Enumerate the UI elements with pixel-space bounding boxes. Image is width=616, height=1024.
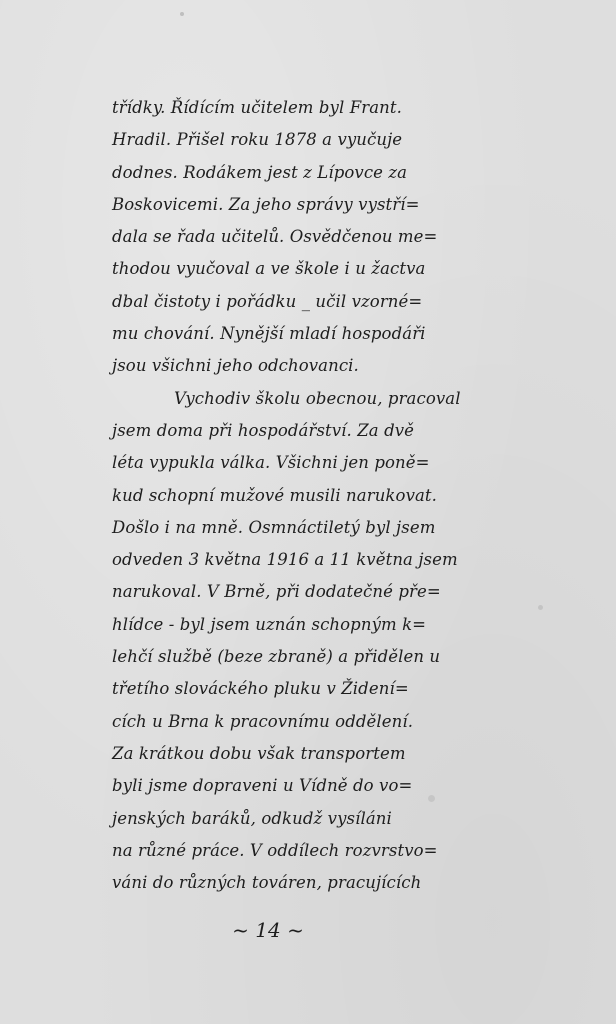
text-line: kud schopní mužové musili narukovat. <box>112 480 552 512</box>
text-line: narukoval. V Brně, při dodatečné pře= <box>112 576 552 608</box>
handwritten-text-block: třídky. Řídícím učitelem byl Frant. Hrad… <box>112 92 552 899</box>
text-line: jsem doma při hospodářství. Za dvě <box>112 415 552 447</box>
text-line: Hradil. Přišel roku 1878 a vyučuje <box>112 124 552 156</box>
text-line: dodnes. Rodákem jest z Lípovce za <box>112 157 552 189</box>
text-line: dbal čistoty i pořádku _ učil vzorné= <box>112 286 552 318</box>
text-line: třídky. Řídícím učitelem byl Frant. <box>112 92 552 124</box>
paragraph-start-line: Vychodiv školu obecnou, pracoval <box>112 383 552 415</box>
text-line: váni do různých továren, pracujících <box>112 867 552 899</box>
text-line: jsou všichni jeho odchovanci. <box>112 350 552 382</box>
text-line: cích u Brna k pracovnímu oddělení. <box>112 706 552 738</box>
text-line: odveden 3 května 1916 a 11 května jsem <box>112 544 552 576</box>
text-line: thodou vyučoval a ve škole i u žactva <box>112 253 552 285</box>
text-line: dala se řada učitelů. Osvědčenou me= <box>112 221 552 253</box>
text-line: jenských baráků, odkudž vysíláni <box>112 803 552 835</box>
text-line: na různé práce. V oddílech rozvrstvo= <box>112 835 552 867</box>
text-line: hlídce - byl jsem uznán schopným k= <box>112 609 552 641</box>
text-line: lehčí službě (beze zbraně) a přidělen u <box>112 641 552 673</box>
paper-speck <box>180 12 184 16</box>
text-line: Za krátkou dobu však transportem <box>112 738 552 770</box>
text-line: třetího slováckého pluku v Židení= <box>112 673 552 705</box>
text-line: Boskovicemi. Za jeho správy vystří= <box>112 189 552 221</box>
text-line: mu chování. Nynější mladí hospodáři <box>112 318 552 350</box>
page-number: ~ 14 ~ <box>228 918 308 942</box>
manuscript-page: třídky. Řídícím učitelem byl Frant. Hrad… <box>0 0 616 1024</box>
text-line: byli jsme dopraveni u Vídně do vo= <box>112 770 552 802</box>
text-line: Došlo i na mně. Osmnáctiletý byl jsem <box>112 512 552 544</box>
text-line: léta vypukla válka. Všichni jen poně= <box>112 447 552 479</box>
